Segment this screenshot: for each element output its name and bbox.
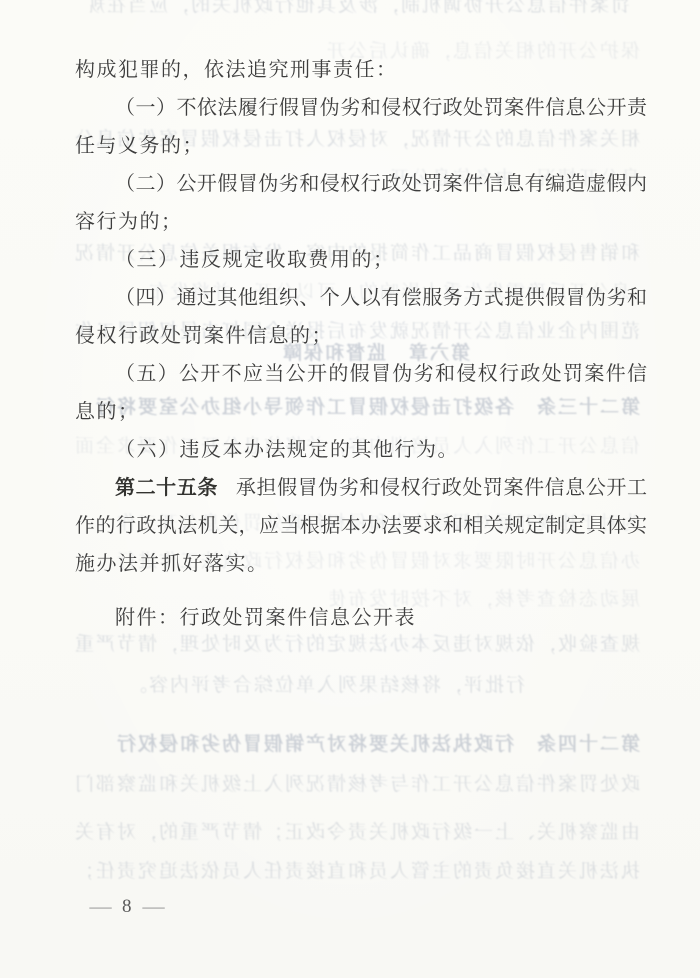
text-line: （二）公开假冒伪劣和侵权行政处罚案件信息有编造虚假内 <box>75 165 647 203</box>
paragraph-item-2: （二）公开假冒伪劣和侵权行政处罚案件信息有编造虚假内 容行为的； <box>75 165 647 241</box>
text-line: 施办法并抓好落实。 <box>75 545 647 583</box>
text-line: （五）公开不应当公开的假冒伪劣和侵权行政处罚案件信 <box>75 355 647 393</box>
paragraph-item-3: （三）违反规定收取费用的； <box>75 241 647 279</box>
bleedthrough-line: 行批评，将核结果列入单位综合考评内容。 <box>95 672 525 700</box>
text-line: 息的； <box>75 393 647 431</box>
document-body: 构成犯罪的，依法追究刑事责任： （一）不依法履行假冒伪劣和侵权行政处罚案件信息公… <box>75 0 647 637</box>
bleedthrough-line: 由监察机关、上一级行政机关责令改正；情节严重的，对有关 <box>70 819 640 847</box>
paragraph-item-5: （五）公开不应当公开的假冒伪劣和侵权行政处罚案件信 息的； <box>75 355 647 431</box>
article-number-heading: 第二十五条 <box>115 477 218 499</box>
text-line: 作的行政执法机关，应当根据本办法要求和相关规定制定具体实 <box>75 507 647 545</box>
text-line: 容行为的； <box>75 203 647 241</box>
paragraph-attachment: 附件：行政处罚案件信息公开表 <box>75 599 647 637</box>
text-line: 侵权行政处罚案件信息的； <box>75 317 647 355</box>
text-line: （三）违反规定收取费用的； <box>75 241 647 279</box>
paragraph-item-4: （四）通过其他组织、个人以有偿服务方式提供假冒伪劣和 侵权行政处罚案件信息的； <box>75 279 647 355</box>
paragraph-item-1: （一）不依法履行假冒伪劣和侵权行政处罚案件信息公开责 任与义务的； <box>75 89 647 165</box>
bleedthrough-line: 政处罚案件信息公开工作与考核情况列入上级机关和监察部门 <box>70 771 640 799</box>
text-line: （四）通过其他组织、个人以有偿服务方式提供假冒伪劣和 <box>75 279 647 317</box>
paragraph-item-6: （六）违反本办法规定的其他行为。 <box>75 431 647 469</box>
text-line: （六）违反本办法规定的其他行为。 <box>75 431 647 469</box>
text-line: （一）不依法履行假冒伪劣和侵权行政处罚案件信息公开责 <box>75 89 647 127</box>
bleedthrough-line: 第二十四条 行政执法机关要将对产销假冒伪劣和侵权行 <box>70 731 640 759</box>
page-number-dash: — <box>89 897 111 917</box>
paragraph-continuation: 构成犯罪的，依法追究刑事责任： <box>75 51 647 89</box>
page-number-value: 8 <box>122 896 132 918</box>
text-line: 第二十五条承担假冒伪劣和侵权行政处罚案件信息公开工 <box>75 469 647 507</box>
attachment-line: 附件：行政处罚案件信息公开表 <box>75 599 647 637</box>
scanned-document-page: 罚案件信息公开协调机制，涉及其他行政机关的，应当在规 保护公开的相关信息，确认后… <box>0 0 700 978</box>
text-line: 构成犯罪的，依法追究刑事责任： <box>75 51 647 89</box>
paragraph-article-25: 第二十五条承担假冒伪劣和侵权行政处罚案件信息公开工 作的行政执法机关，应当根据本… <box>75 469 647 583</box>
page-number: — 8 — <box>92 896 162 918</box>
bleedthrough-line: 执法机关直接负责的主管人员和直接责任人员依法追究责任； <box>70 858 640 886</box>
page-number-dash: — <box>142 897 164 917</box>
article-text: 承担假冒伪劣和侵权行政处罚案件信息公开工 <box>236 477 647 499</box>
text-line: 任与义务的； <box>75 127 647 165</box>
